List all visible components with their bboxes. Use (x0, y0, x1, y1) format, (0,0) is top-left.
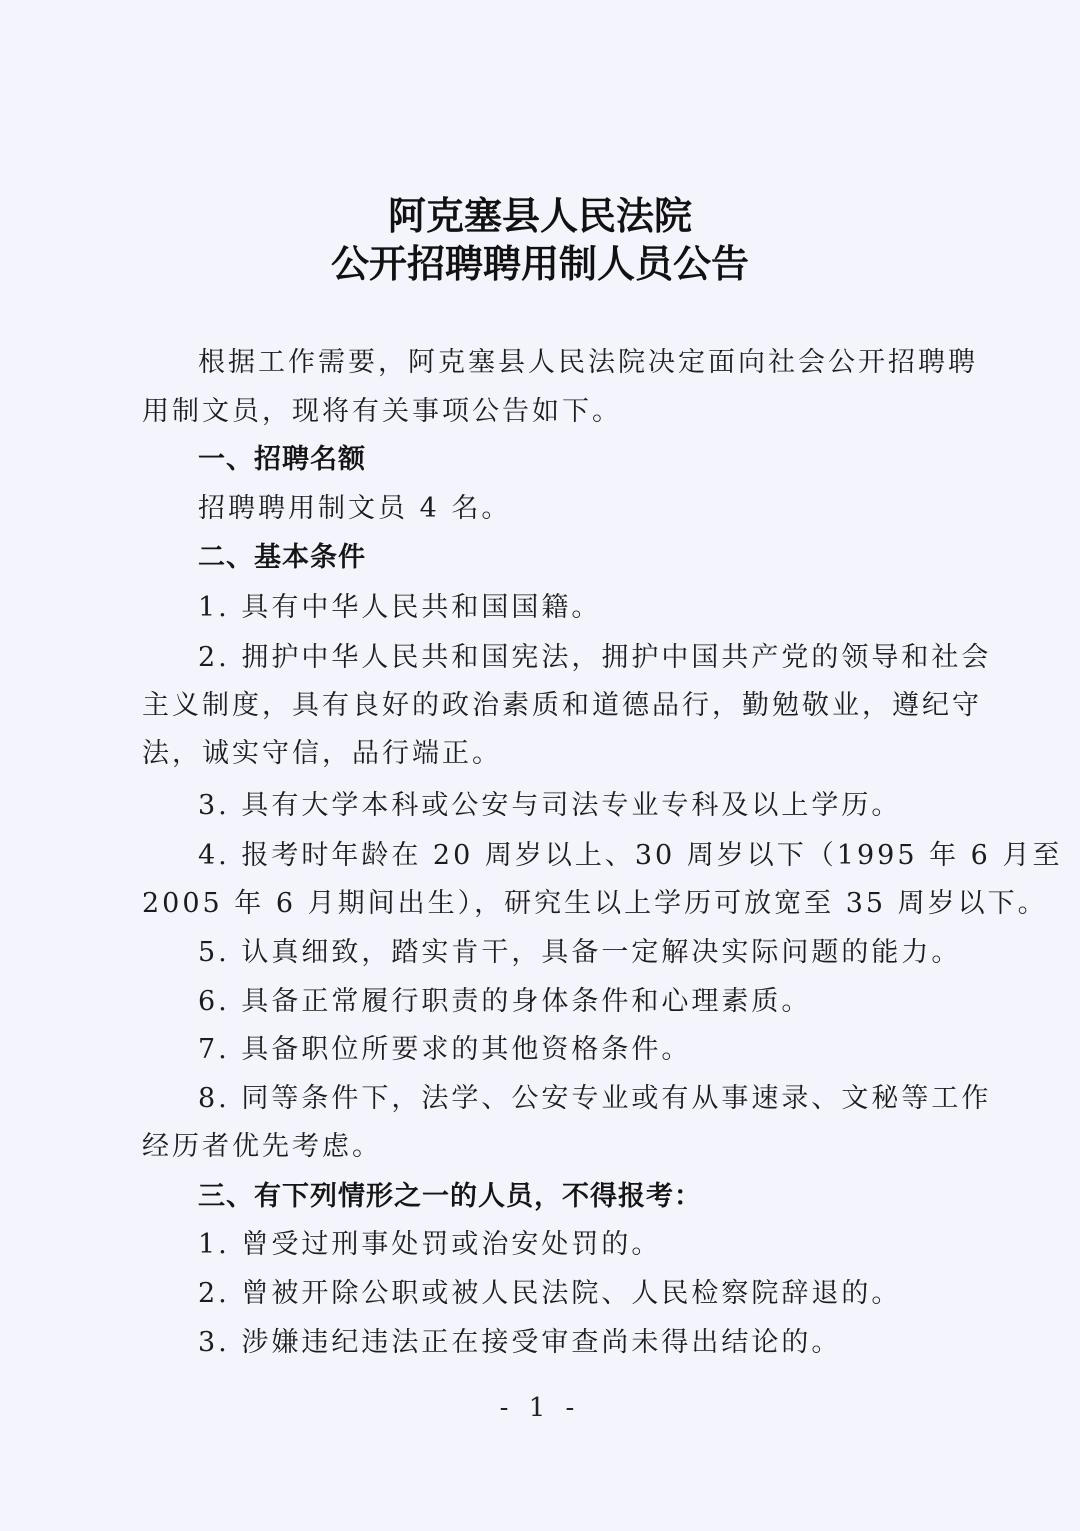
condition-item-2-line3: 法，诚实守信，品行端正。 (142, 731, 502, 770)
page-number: - 1 - (0, 1393, 1080, 1423)
section1-body: 招聘聘用制文员 4 名。 (198, 486, 511, 525)
condition-item-8-line1: 8. 同等条件下，法学、公安专业或有从事速录、文秘等工作 (198, 1076, 991, 1115)
section1-heading: 一、招聘名额 (198, 437, 366, 476)
intro-paragraph-line1: 根据工作需要，阿克塞县人民法院决定面向社会公开招聘聘 (198, 340, 978, 379)
condition-item-2-line1: 2. 拥护中华人民共和国宪法，拥护中国共产党的领导和社会 (198, 635, 991, 674)
document-title-line2: 公开招聘聘用制人员公告 (0, 233, 1080, 288)
condition-item-7: 7. 具备职位所要求的其他资格条件。 (198, 1027, 691, 1066)
condition-item-1: 1. 具有中华人民共和国国籍。 (198, 585, 601, 624)
condition-item-4-line1: 4. 报考时年龄在 20 周岁以上、30 周岁以下（1995 年 6 月至 (198, 833, 1062, 872)
document-title-line1: 阿克塞县人民法院 (0, 185, 1080, 240)
exclusion-item-3: 3. 涉嫌违纪违法正在接受审查尚未得出结论的。 (198, 1320, 841, 1359)
document-page: 阿克塞县人民法院 公开招聘聘用制人员公告 根据工作需要，阿克塞县人民法院决定面向… (0, 0, 1080, 1531)
condition-item-2-line2: 主义制度，具有良好的政治素质和道德品行，勤勉敬业，遵纪守 (142, 683, 982, 722)
condition-item-3: 3. 具有大学本科或公安与司法专业专科及以上学历。 (198, 783, 901, 822)
condition-item-4-line2: 2005 年 6 月期间出生），研究生以上学历可放宽至 35 周岁以下。 (142, 881, 1048, 920)
exclusion-item-2: 2. 曾被开除公职或被人民法院、人民检察院辞退的。 (198, 1271, 901, 1310)
section3-heading: 三、有下列情形之一的人员，不得报考： (198, 1174, 702, 1213)
section2-heading: 二、基本条件 (198, 535, 366, 574)
condition-item-8-line2: 经历者优先考虑。 (142, 1124, 382, 1163)
intro-paragraph-line2: 用制文员，现将有关事项公告如下。 (142, 389, 622, 428)
condition-item-5: 5. 认真细致，踏实肯干，具备一定解决实际问题的能力。 (198, 930, 961, 969)
exclusion-item-1: 1. 曾受过刑事处罚或治安处罚的。 (198, 1222, 661, 1261)
condition-item-6: 6. 具备正常履行职责的身体条件和心理素质。 (198, 979, 811, 1018)
